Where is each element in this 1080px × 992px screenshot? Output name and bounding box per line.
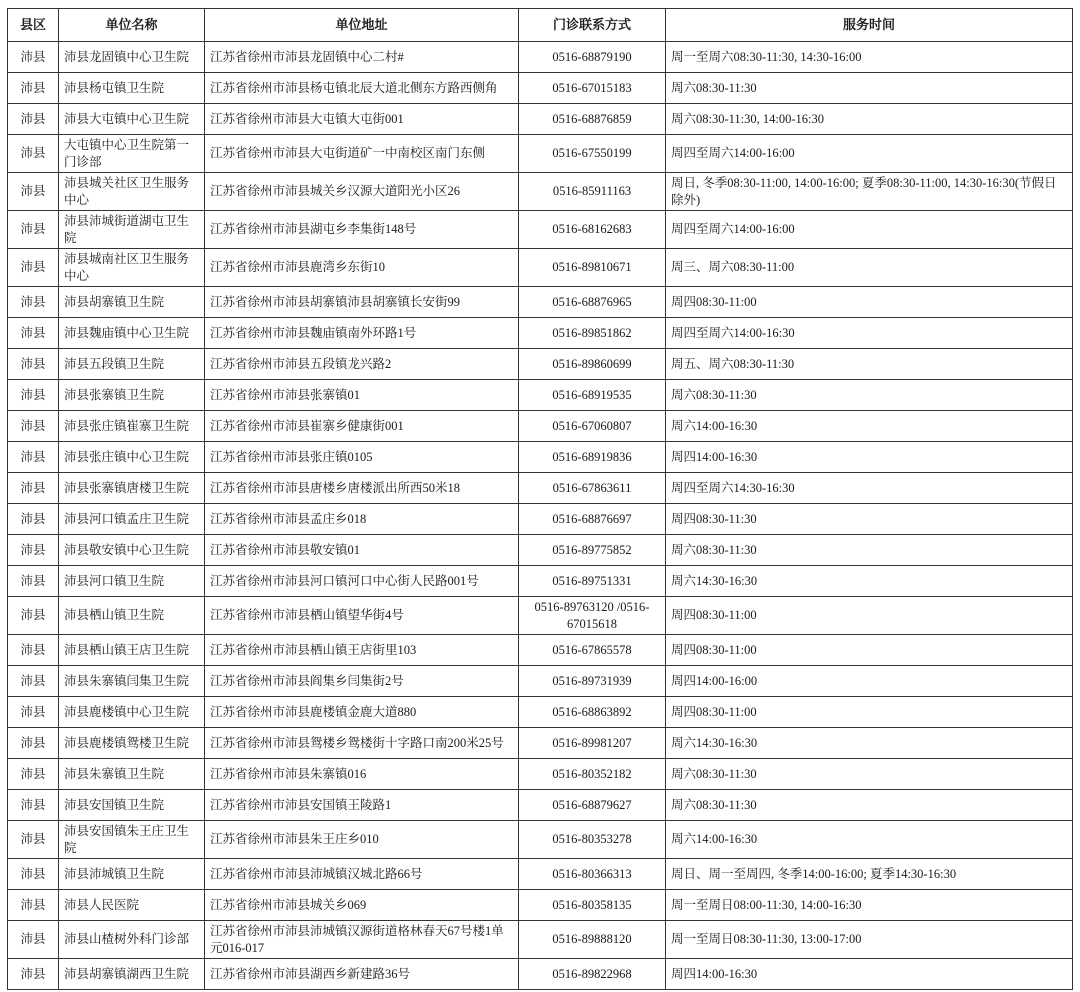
table-row: 沛县沛县安国镇卫生院江苏省徐州市沛县安国镇王陵路10516-68879627周六… — [8, 790, 1073, 821]
table-row: 沛县沛县河口镇孟庄卫生院江苏省徐州市沛县孟庄乡0180516-68876697周… — [8, 504, 1073, 535]
cell-service-hours: 周六14:00-16:30 — [666, 821, 1073, 859]
table-row: 沛县沛县鹿楼镇中心卫生院江苏省徐州市沛县鹿楼镇金鹿大道8800516-68863… — [8, 697, 1073, 728]
table-row: 沛县沛县栖山镇王店卫生院江苏省徐州市沛县栖山镇王店街里1030516-67865… — [8, 635, 1073, 666]
cell-unit-address: 江苏省徐州市沛县沛城镇汉源街道格林春天67号楼1单元016-017 — [205, 921, 519, 959]
cell-outpatient-contact: 0516-89888120 — [519, 921, 666, 959]
cell-unit-address: 江苏省徐州市沛县杨屯镇北辰大道北侧东方路西侧角 — [205, 73, 519, 104]
table-row: 沛县沛县人民医院江苏省徐州市沛县城关乡0690516-80358135周一至周日… — [8, 890, 1073, 921]
cell-service-hours: 周日, 冬季08:30-11:00, 14:00-16:00; 夏季08:30-… — [666, 173, 1073, 211]
cell-service-hours: 周六08:30-11:30 — [666, 790, 1073, 821]
cell-service-hours: 周四至周六14:30-16:30 — [666, 473, 1073, 504]
cell-unit-name: 沛县城南社区卫生服务中心 — [59, 249, 205, 287]
cell-unit-address: 江苏省徐州市沛县孟庄乡018 — [205, 504, 519, 535]
cell-district: 沛县 — [8, 411, 59, 442]
cell-district: 沛县 — [8, 287, 59, 318]
cell-district: 沛县 — [8, 597, 59, 635]
cell-service-hours: 周六14:30-16:30 — [666, 728, 1073, 759]
cell-service-hours: 周六08:30-11:30 — [666, 535, 1073, 566]
column-header-district: 县区 — [8, 9, 59, 42]
cell-district: 沛县 — [8, 42, 59, 73]
cell-outpatient-contact: 0516-89851862 — [519, 318, 666, 349]
cell-district: 沛县 — [8, 504, 59, 535]
cell-unit-address: 江苏省徐州市沛县鹿楼镇金鹿大道880 — [205, 697, 519, 728]
cell-service-hours: 周四至周六14:00-16:00 — [666, 135, 1073, 173]
cell-unit-address: 江苏省徐州市沛县城关乡汉源大道阳光小区26 — [205, 173, 519, 211]
cell-outpatient-contact: 0516-68876697 — [519, 504, 666, 535]
cell-district: 沛县 — [8, 211, 59, 249]
cell-unit-name: 沛县栖山镇王店卫生院 — [59, 635, 205, 666]
cell-service-hours: 周三、周六08:30-11:00 — [666, 249, 1073, 287]
cell-outpatient-contact: 0516-89763120 /0516-67015618 — [519, 597, 666, 635]
cell-district: 沛县 — [8, 890, 59, 921]
cell-outpatient-contact: 0516-68863892 — [519, 697, 666, 728]
cell-district: 沛县 — [8, 442, 59, 473]
cell-outpatient-contact: 0516-68876859 — [519, 104, 666, 135]
column-header-outpatient-contact: 门诊联系方式 — [519, 9, 666, 42]
table-row: 沛县沛县大屯镇中心卫生院江苏省徐州市沛县大屯镇大屯街0010516-688768… — [8, 104, 1073, 135]
cell-district: 沛县 — [8, 135, 59, 173]
header-row: 县区 单位名称 单位地址 门诊联系方式 服务时间 — [8, 9, 1073, 42]
table-row: 沛县沛县沛城镇卫生院江苏省徐州市沛县沛城镇汉城北路66号0516-8036631… — [8, 859, 1073, 890]
table-row: 沛县沛县张庄镇中心卫生院江苏省徐州市沛县张庄镇01050516-68919836… — [8, 442, 1073, 473]
cell-district: 沛县 — [8, 728, 59, 759]
cell-district: 沛县 — [8, 666, 59, 697]
cell-unit-name: 沛县大屯镇中心卫生院 — [59, 104, 205, 135]
document-page: 县区 单位名称 单位地址 门诊联系方式 服务时间 沛县沛县龙固镇中心卫生院江苏省… — [0, 0, 1080, 992]
cell-service-hours: 周四14:00-16:00 — [666, 666, 1073, 697]
cell-outpatient-contact: 0516-68879190 — [519, 42, 666, 73]
column-header-unit-address: 单位地址 — [205, 9, 519, 42]
cell-outpatient-contact: 0516-68919535 — [519, 380, 666, 411]
cell-outpatient-contact: 0516-89751331 — [519, 566, 666, 597]
cell-unit-address: 江苏省徐州市沛县五段镇龙兴路2 — [205, 349, 519, 380]
cell-unit-address: 江苏省徐州市沛县魏庙镇南外环路1号 — [205, 318, 519, 349]
cell-unit-name: 沛县安国镇朱王庄卫生院 — [59, 821, 205, 859]
table-row: 沛县沛县龙固镇中心卫生院江苏省徐州市沛县龙固镇中心二村#0516-6887919… — [8, 42, 1073, 73]
cell-outpatient-contact: 0516-89822968 — [519, 959, 666, 990]
cell-unit-name: 大屯镇中心卫生院第一门诊部 — [59, 135, 205, 173]
cell-unit-name: 沛县河口镇孟庄卫生院 — [59, 504, 205, 535]
table-row: 沛县沛县敬安镇中心卫生院江苏省徐州市沛县敬安镇010516-89775852周六… — [8, 535, 1073, 566]
cell-service-hours: 周四08:30-11:00 — [666, 697, 1073, 728]
cell-service-hours: 周六14:30-16:30 — [666, 566, 1073, 597]
cell-outpatient-contact: 0516-68162683 — [519, 211, 666, 249]
cell-unit-address: 江苏省徐州市沛县大屯镇大屯街001 — [205, 104, 519, 135]
cell-district: 沛县 — [8, 173, 59, 211]
cell-unit-address: 江苏省徐州市沛县大屯街道矿一中南校区南门东侧 — [205, 135, 519, 173]
cell-outpatient-contact: 0516-67015183 — [519, 73, 666, 104]
cell-outpatient-contact: 0516-67550199 — [519, 135, 666, 173]
cell-unit-address: 江苏省徐州市沛县栖山镇王店街里103 — [205, 635, 519, 666]
cell-unit-name: 沛县山楂树外科门诊部 — [59, 921, 205, 959]
table-row: 沛县沛县河口镇卫生院江苏省徐州市沛县河口镇河口中心街人民路001号0516-89… — [8, 566, 1073, 597]
cell-unit-name: 沛县鹿楼镇中心卫生院 — [59, 697, 205, 728]
cell-district: 沛县 — [8, 349, 59, 380]
cell-district: 沛县 — [8, 859, 59, 890]
table-row: 沛县沛县胡寨镇湖西卫生院江苏省徐州市沛县湖西乡新建路36号0516-898229… — [8, 959, 1073, 990]
table-row: 沛县沛县朱寨镇闫集卫生院江苏省徐州市沛县阎集乡闫集街2号0516-8973193… — [8, 666, 1073, 697]
cell-service-hours: 周一至周六08:30-11:30, 14:30-16:00 — [666, 42, 1073, 73]
cell-service-hours: 周六08:30-11:30 — [666, 759, 1073, 790]
cell-service-hours: 周四08:30-11:00 — [666, 597, 1073, 635]
cell-outpatient-contact: 0516-80366313 — [519, 859, 666, 890]
cell-unit-name: 沛县魏庙镇中心卫生院 — [59, 318, 205, 349]
cell-unit-name: 沛县五段镇卫生院 — [59, 349, 205, 380]
cell-unit-address: 江苏省徐州市沛县唐楼乡唐楼派出所西50米18 — [205, 473, 519, 504]
cell-unit-name: 沛县城关社区卫生服务中心 — [59, 173, 205, 211]
cell-service-hours: 周四08:30-11:00 — [666, 287, 1073, 318]
cell-unit-address: 江苏省徐州市沛县敬安镇01 — [205, 535, 519, 566]
cell-unit-address: 江苏省徐州市沛县河口镇河口中心街人民路001号 — [205, 566, 519, 597]
cell-district: 沛县 — [8, 73, 59, 104]
clinic-directory-table: 县区 单位名称 单位地址 门诊联系方式 服务时间 沛县沛县龙固镇中心卫生院江苏省… — [7, 8, 1073, 990]
table-row: 沛县沛县朱寨镇卫生院江苏省徐州市沛县朱寨镇0160516-80352182周六0… — [8, 759, 1073, 790]
cell-outpatient-contact: 0516-68919836 — [519, 442, 666, 473]
cell-outpatient-contact: 0516-89860699 — [519, 349, 666, 380]
table-row: 沛县沛县五段镇卫生院江苏省徐州市沛县五段镇龙兴路20516-89860699周五… — [8, 349, 1073, 380]
table-row: 沛县沛县杨屯镇卫生院江苏省徐州市沛县杨屯镇北辰大道北侧东方路西侧角0516-67… — [8, 73, 1073, 104]
cell-service-hours: 周日、周一至周四, 冬季14:00-16:00; 夏季14:30-16:30 — [666, 859, 1073, 890]
table-row: 沛县沛县沛城街道湖屯卫生院江苏省徐州市沛县湖屯乡李集街148号0516-6816… — [8, 211, 1073, 249]
table-row: 沛县沛县栖山镇卫生院江苏省徐州市沛县栖山镇望华街4号0516-89763120 … — [8, 597, 1073, 635]
cell-outpatient-contact: 0516-67060807 — [519, 411, 666, 442]
cell-unit-name: 沛县沛城街道湖屯卫生院 — [59, 211, 205, 249]
table-row: 沛县沛县安国镇朱王庄卫生院江苏省徐州市沛县朱王庄乡0100516-8035327… — [8, 821, 1073, 859]
cell-outpatient-contact: 0516-80352182 — [519, 759, 666, 790]
cell-outpatient-contact: 0516-89775852 — [519, 535, 666, 566]
cell-service-hours: 周四至周六14:00-16:00 — [666, 211, 1073, 249]
cell-unit-name: 沛县河口镇卫生院 — [59, 566, 205, 597]
cell-unit-address: 江苏省徐州市沛县张庄镇0105 — [205, 442, 519, 473]
table-row: 沛县沛县城关社区卫生服务中心江苏省徐州市沛县城关乡汉源大道阳光小区260516-… — [8, 173, 1073, 211]
cell-unit-address: 江苏省徐州市沛县胡寨镇沛县胡寨镇长安街99 — [205, 287, 519, 318]
cell-unit-address: 江苏省徐州市沛县沛城镇汉城北路66号 — [205, 859, 519, 890]
table-body: 沛县沛县龙固镇中心卫生院江苏省徐州市沛县龙固镇中心二村#0516-6887919… — [8, 42, 1073, 990]
cell-service-hours: 周四08:30-11:30 — [666, 504, 1073, 535]
cell-outpatient-contact: 0516-67863611 — [519, 473, 666, 504]
cell-unit-name: 沛县人民医院 — [59, 890, 205, 921]
cell-unit-name: 沛县朱寨镇卫生院 — [59, 759, 205, 790]
cell-district: 沛县 — [8, 790, 59, 821]
cell-service-hours: 周六08:30-11:30, 14:00-16:30 — [666, 104, 1073, 135]
cell-unit-name: 沛县鹿楼镇鸳楼卫生院 — [59, 728, 205, 759]
cell-service-hours: 周四14:00-16:30 — [666, 442, 1073, 473]
cell-unit-name: 沛县杨屯镇卫生院 — [59, 73, 205, 104]
cell-unit-address: 江苏省徐州市沛县安国镇王陵路1 — [205, 790, 519, 821]
cell-unit-name: 沛县张庄镇中心卫生院 — [59, 442, 205, 473]
cell-service-hours: 周一至周日08:30-11:30, 13:00-17:00 — [666, 921, 1073, 959]
cell-unit-name: 沛县沛城镇卫生院 — [59, 859, 205, 890]
cell-service-hours: 周四至周六14:00-16:30 — [666, 318, 1073, 349]
cell-service-hours: 周六14:00-16:30 — [666, 411, 1073, 442]
cell-unit-address: 江苏省徐州市沛县崔寨乡健康街001 — [205, 411, 519, 442]
column-header-unit-name: 单位名称 — [59, 9, 205, 42]
cell-unit-name: 沛县张寨镇卫生院 — [59, 380, 205, 411]
cell-unit-address: 江苏省徐州市沛县鸳楼乡鸳楼街十字路口南200米25号 — [205, 728, 519, 759]
cell-outpatient-contact: 0516-68879627 — [519, 790, 666, 821]
cell-district: 沛县 — [8, 821, 59, 859]
cell-service-hours: 周四08:30-11:00 — [666, 635, 1073, 666]
table-row: 沛县沛县山楂树外科门诊部江苏省徐州市沛县沛城镇汉源街道格林春天67号楼1单元01… — [8, 921, 1073, 959]
cell-service-hours: 周四14:00-16:30 — [666, 959, 1073, 990]
cell-outpatient-contact: 0516-67865578 — [519, 635, 666, 666]
cell-unit-address: 江苏省徐州市沛县湖屯乡李集街148号 — [205, 211, 519, 249]
cell-unit-address: 江苏省徐州市沛县栖山镇望华街4号 — [205, 597, 519, 635]
column-header-service-hours: 服务时间 — [666, 9, 1073, 42]
cell-district: 沛县 — [8, 759, 59, 790]
cell-outpatient-contact: 0516-80358135 — [519, 890, 666, 921]
cell-unit-address: 江苏省徐州市沛县湖西乡新建路36号 — [205, 959, 519, 990]
table-row: 沛县沛县张寨镇唐楼卫生院江苏省徐州市沛县唐楼乡唐楼派出所西50米180516-6… — [8, 473, 1073, 504]
cell-unit-address: 江苏省徐州市沛县龙固镇中心二村# — [205, 42, 519, 73]
cell-unit-address: 江苏省徐州市沛县鹿湾乡东街10 — [205, 249, 519, 287]
cell-outpatient-contact: 0516-89810671 — [519, 249, 666, 287]
cell-unit-name: 沛县胡寨镇湖西卫生院 — [59, 959, 205, 990]
cell-district: 沛县 — [8, 959, 59, 990]
cell-unit-name: 沛县栖山镇卫生院 — [59, 597, 205, 635]
cell-outpatient-contact: 0516-68876965 — [519, 287, 666, 318]
table-row: 沛县沛县张寨镇卫生院江苏省徐州市沛县张寨镇010516-68919535周六08… — [8, 380, 1073, 411]
cell-outpatient-contact: 0516-85911163 — [519, 173, 666, 211]
cell-unit-name: 沛县朱寨镇闫集卫生院 — [59, 666, 205, 697]
cell-unit-address: 江苏省徐州市沛县张寨镇01 — [205, 380, 519, 411]
cell-service-hours: 周五、周六08:30-11:30 — [666, 349, 1073, 380]
table-row: 沛县沛县鹿楼镇鸳楼卫生院江苏省徐州市沛县鸳楼乡鸳楼街十字路口南200米25号05… — [8, 728, 1073, 759]
cell-district: 沛县 — [8, 104, 59, 135]
cell-service-hours: 周一至周日08:00-11:30, 14:00-16:30 — [666, 890, 1073, 921]
cell-district: 沛县 — [8, 249, 59, 287]
cell-unit-name: 沛县安国镇卫生院 — [59, 790, 205, 821]
table-row: 沛县沛县张庄镇崔寨卫生院江苏省徐州市沛县崔寨乡健康街0010516-670608… — [8, 411, 1073, 442]
cell-outpatient-contact: 0516-89731939 — [519, 666, 666, 697]
cell-district: 沛县 — [8, 473, 59, 504]
cell-outpatient-contact: 0516-80353278 — [519, 821, 666, 859]
cell-district: 沛县 — [8, 380, 59, 411]
cell-district: 沛县 — [8, 566, 59, 597]
cell-unit-address: 江苏省徐州市沛县朱王庄乡010 — [205, 821, 519, 859]
cell-district: 沛县 — [8, 635, 59, 666]
cell-unit-name: 沛县张寨镇唐楼卫生院 — [59, 473, 205, 504]
cell-district: 沛县 — [8, 318, 59, 349]
cell-service-hours: 周六08:30-11:30 — [666, 380, 1073, 411]
cell-district: 沛县 — [8, 697, 59, 728]
cell-unit-name: 沛县胡寨镇卫生院 — [59, 287, 205, 318]
cell-unit-name: 沛县敬安镇中心卫生院 — [59, 535, 205, 566]
cell-unit-name: 沛县龙固镇中心卫生院 — [59, 42, 205, 73]
cell-unit-name: 沛县张庄镇崔寨卫生院 — [59, 411, 205, 442]
cell-unit-address: 江苏省徐州市沛县朱寨镇016 — [205, 759, 519, 790]
cell-outpatient-contact: 0516-89981207 — [519, 728, 666, 759]
cell-unit-address: 江苏省徐州市沛县城关乡069 — [205, 890, 519, 921]
table-row: 沛县沛县城南社区卫生服务中心江苏省徐州市沛县鹿湾乡东街100516-898106… — [8, 249, 1073, 287]
table-header: 县区 单位名称 单位地址 门诊联系方式 服务时间 — [8, 9, 1073, 42]
cell-district: 沛县 — [8, 921, 59, 959]
table-row: 沛县沛县魏庙镇中心卫生院江苏省徐州市沛县魏庙镇南外环路1号0516-898518… — [8, 318, 1073, 349]
cell-unit-address: 江苏省徐州市沛县阎集乡闫集街2号 — [205, 666, 519, 697]
cell-service-hours: 周六08:30-11:30 — [666, 73, 1073, 104]
table-row: 沛县沛县胡寨镇卫生院江苏省徐州市沛县胡寨镇沛县胡寨镇长安街990516-6887… — [8, 287, 1073, 318]
table-row: 沛县大屯镇中心卫生院第一门诊部江苏省徐州市沛县大屯街道矿一中南校区南门东侧051… — [8, 135, 1073, 173]
cell-district: 沛县 — [8, 535, 59, 566]
